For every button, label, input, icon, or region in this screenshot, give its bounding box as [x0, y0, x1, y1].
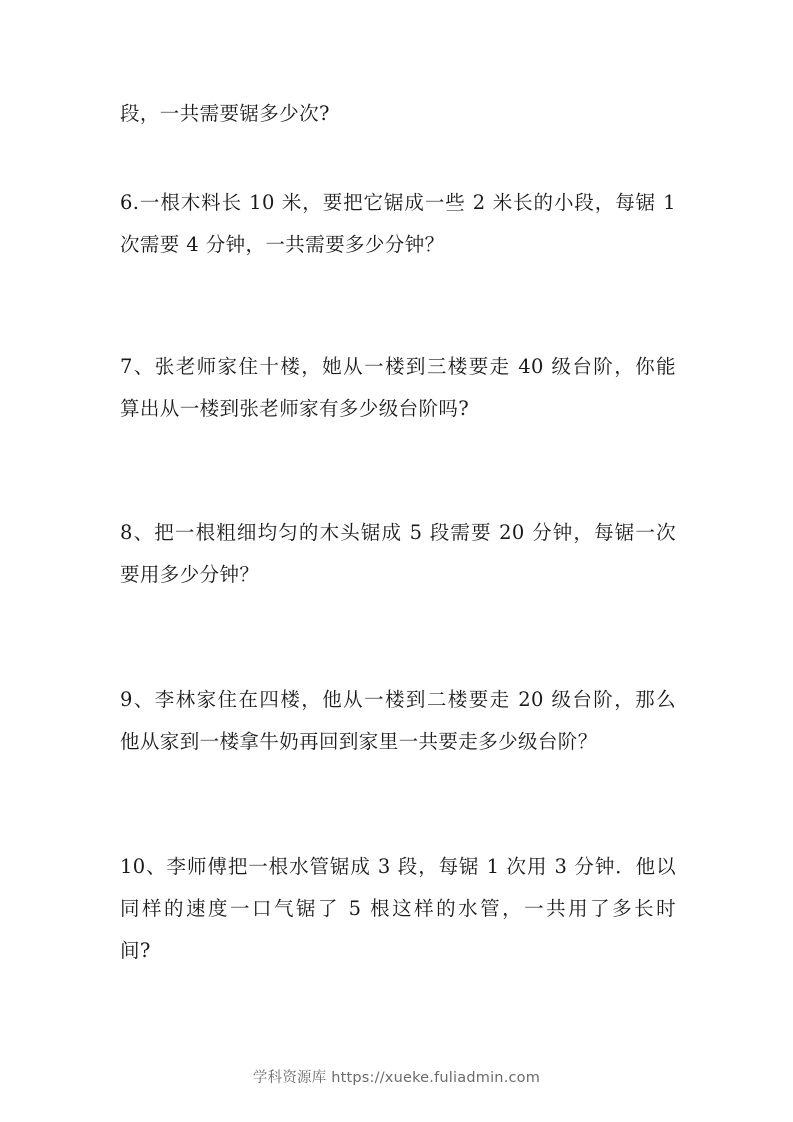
question-5-continuation: 段，一共需要锯多少次?: [120, 93, 676, 135]
question-10: 10、李师傅把一根水管锯成 3 段，每锯 1 次用 3 分钟．他以 同样的速度一…: [120, 846, 676, 972]
text-line: 同样的速度一口气锯了 5 根这样的水管，一共用了多长时: [120, 888, 676, 930]
document-page: 段，一共需要锯多少次? 6.一根木料长 10 米，要把它锯成一些 2 米长的小段…: [0, 0, 793, 1122]
question-9: 9、李林家住在四楼，他从一楼到二楼要走 20 级台阶，那么 他从家到一楼拿牛奶再…: [120, 679, 676, 763]
text-line: 算出从一楼到张老师家有多少级台阶吗?: [120, 388, 676, 430]
text-line: 次需要 4 分钟，一共需要多少分钟？: [120, 224, 676, 266]
text-line: 间?: [120, 930, 676, 972]
footer-watermark: 学科资源库 https://xueke.fuliadmin.com: [0, 1066, 793, 1087]
text-line: 9、李林家住在四楼，他从一楼到二楼要走 20 级台阶，那么: [120, 679, 676, 721]
text-line: 8、把一根粗细均匀的木头锯成 5 段需要 20 分钟，每锯一次: [120, 512, 676, 554]
text-line: 10、李师傅把一根水管锯成 3 段，每锯 1 次用 3 分钟．他以: [120, 846, 676, 888]
question-8: 8、把一根粗细均匀的木头锯成 5 段需要 20 分钟，每锯一次 要用多少分钟？: [120, 512, 676, 596]
text-line: 7、张老师家住十楼，她从一楼到三楼要走 40 级台阶，你能: [120, 346, 676, 388]
text-line: 6.一根木料长 10 米，要把它锯成一些 2 米长的小段，每锯 1: [120, 182, 676, 224]
question-6: 6.一根木料长 10 米，要把它锯成一些 2 米长的小段，每锯 1 次需要 4 …: [120, 182, 676, 266]
text-line: 段，一共需要锯多少次?: [120, 93, 676, 135]
text-line: 他从家到一楼拿牛奶再回到家里一共要走多少级台阶？: [120, 721, 676, 763]
text-line: 要用多少分钟？: [120, 554, 676, 596]
question-7: 7、张老师家住十楼，她从一楼到三楼要走 40 级台阶，你能 算出从一楼到张老师家…: [120, 346, 676, 430]
